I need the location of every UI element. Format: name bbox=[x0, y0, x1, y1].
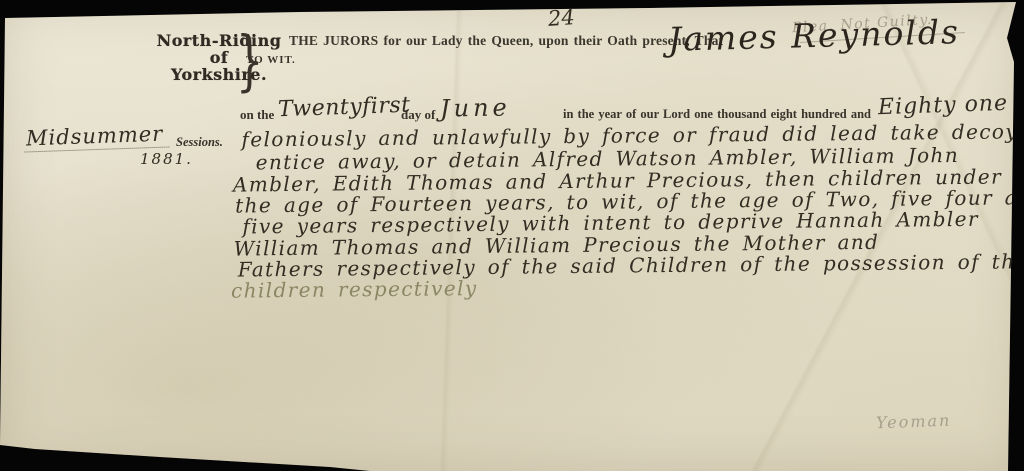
to-wit-label: TO WIT. bbox=[246, 54, 296, 66]
date-year-printed: in the year of our Lord one thousand eig… bbox=[563, 107, 871, 122]
date-prefix-printed: on the bbox=[240, 107, 274, 123]
parchment-sheet: 24 Plea. Not Guilty. North-Riding of Yor… bbox=[0, 0, 1024, 471]
endorsement-note: Yeoman bbox=[876, 411, 952, 433]
sessions-year: 1881. bbox=[140, 150, 193, 168]
date-middle-printed: day of bbox=[401, 107, 435, 123]
sessions-term: Midsummer bbox=[24, 121, 170, 152]
scanned-indictment-document: 24 Plea. Not Guilty. North-Riding of Yor… bbox=[0, 0, 1024, 471]
charge-line: children respectively bbox=[231, 276, 478, 303]
case-number: 24 bbox=[547, 5, 575, 31]
sessions-label: Sessions. bbox=[176, 135, 223, 150]
date-month-handwritten: June bbox=[440, 93, 511, 122]
date-year-handwritten: Eighty one bbox=[878, 91, 1009, 121]
date-day-handwritten: Twentyfirst bbox=[278, 93, 411, 123]
jurors-printed-line: THE JURORS for our Lady the Queen, upon … bbox=[289, 33, 723, 49]
defendant-name: James Reynolds bbox=[668, 12, 961, 59]
